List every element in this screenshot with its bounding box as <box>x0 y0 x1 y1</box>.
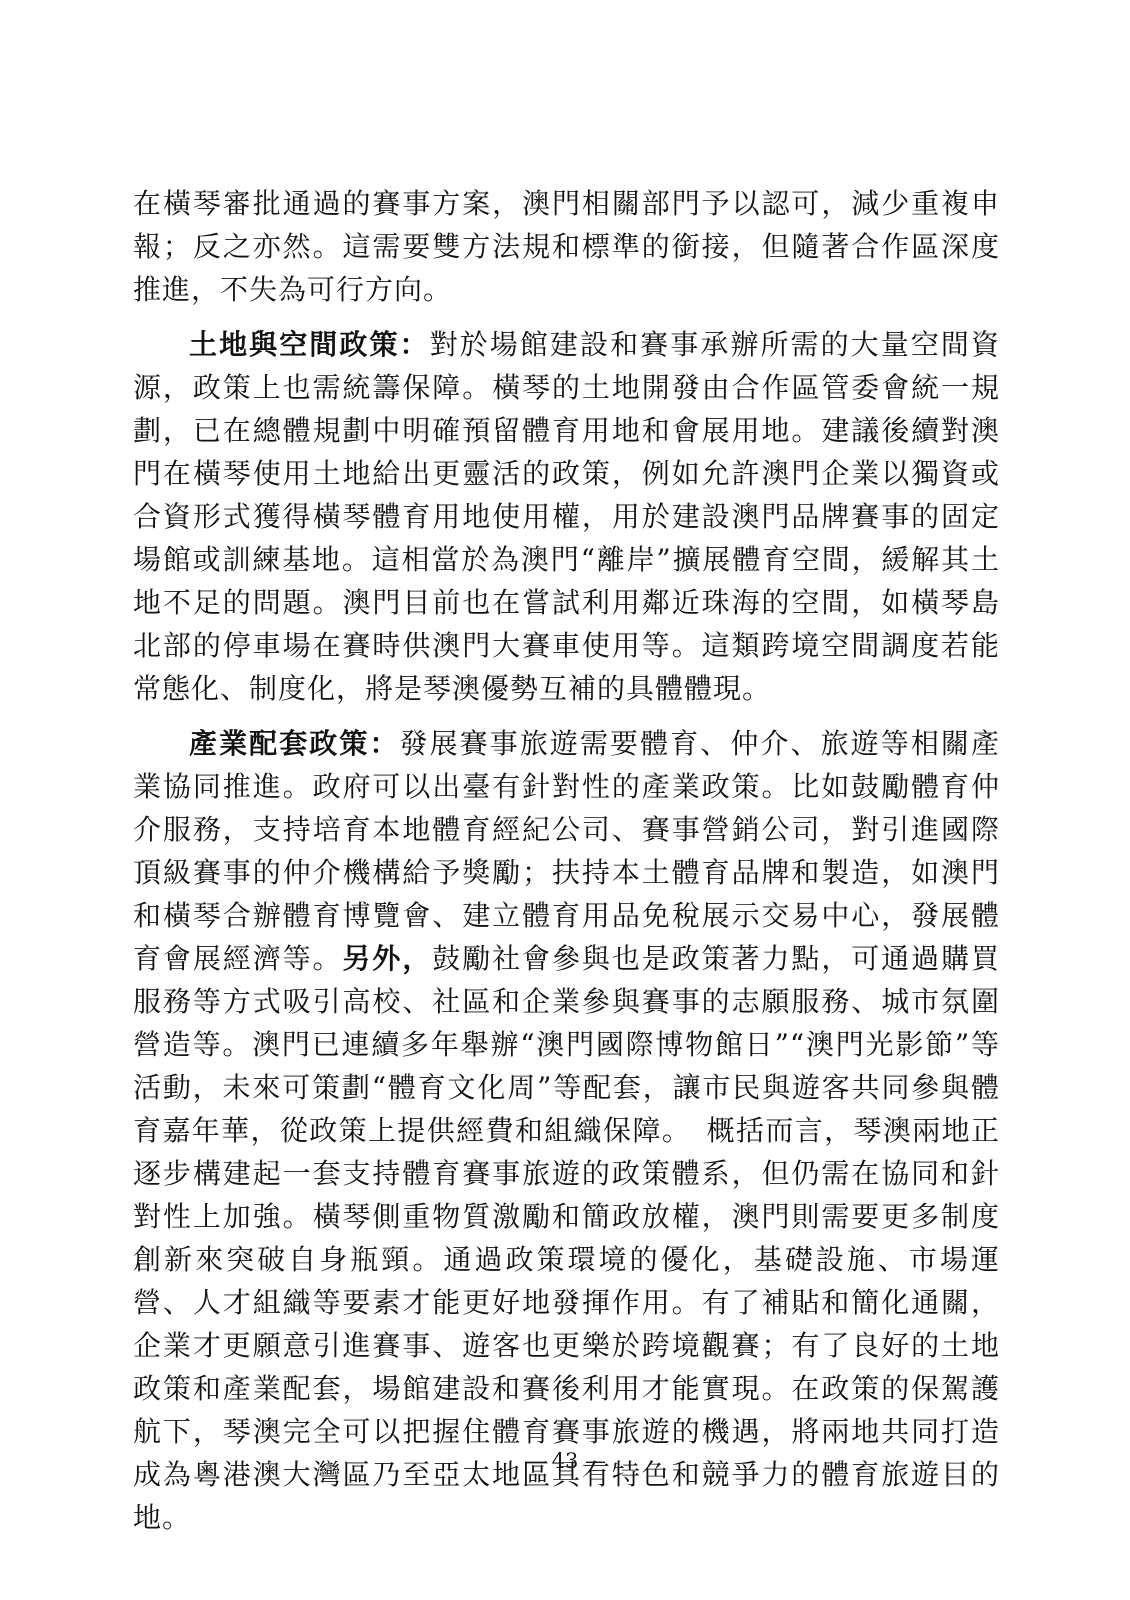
paragraph-continuation: 在橫琴審批通過的賽事方案，澳門相關部門予以認可，減少重複申報；反之亦然。這需要雙… <box>133 182 1000 311</box>
page-number: — 43 — <box>0 1447 1130 1475</box>
document-body: 在橫琴審批通過的賽事方案，澳門相關部門予以認可，減少重複申報；反之亦然。這需要雙… <box>133 182 1000 1551</box>
land-space-policy-heading: 土地與空間政策： <box>189 328 430 361</box>
document-page: 在橫琴審批通過的賽事方案，澳門相關部門予以認可，減少重複申報；反之亦然。這需要雙… <box>0 0 1130 1600</box>
paragraph-industry-support-policy: 產業配套政策：發展賽事旅遊需要體育、仲介、旅遊等相關產業協同推進。政府可以出臺有… <box>133 722 1000 1539</box>
paragraph-land-space-policy: 土地與空間政策：對於場館建設和賽事承辦所需的大量空間資源，政策上也需統籌保障。橫… <box>133 323 1000 710</box>
industry-support-policy-text-2: 鼓勵社會參與也是政策著力點，可通過購買服務等方式吸引高校、社區和企業參與賽事的志… <box>133 942 1000 1534</box>
industry-support-policy-text-1: 發展賽事旅遊需要體育、仲介、旅遊等相關產業協同推進。政府可以出臺有針對性的產業政… <box>133 727 1000 975</box>
land-space-policy-text: 對於場館建設和賽事承辦所需的大量空間資源，政策上也需統籌保障。橫琴的土地開發由合… <box>133 328 1000 705</box>
inline-bold-another-point: 另外， <box>343 942 433 975</box>
industry-support-policy-heading: 產業配套政策： <box>189 727 400 760</box>
